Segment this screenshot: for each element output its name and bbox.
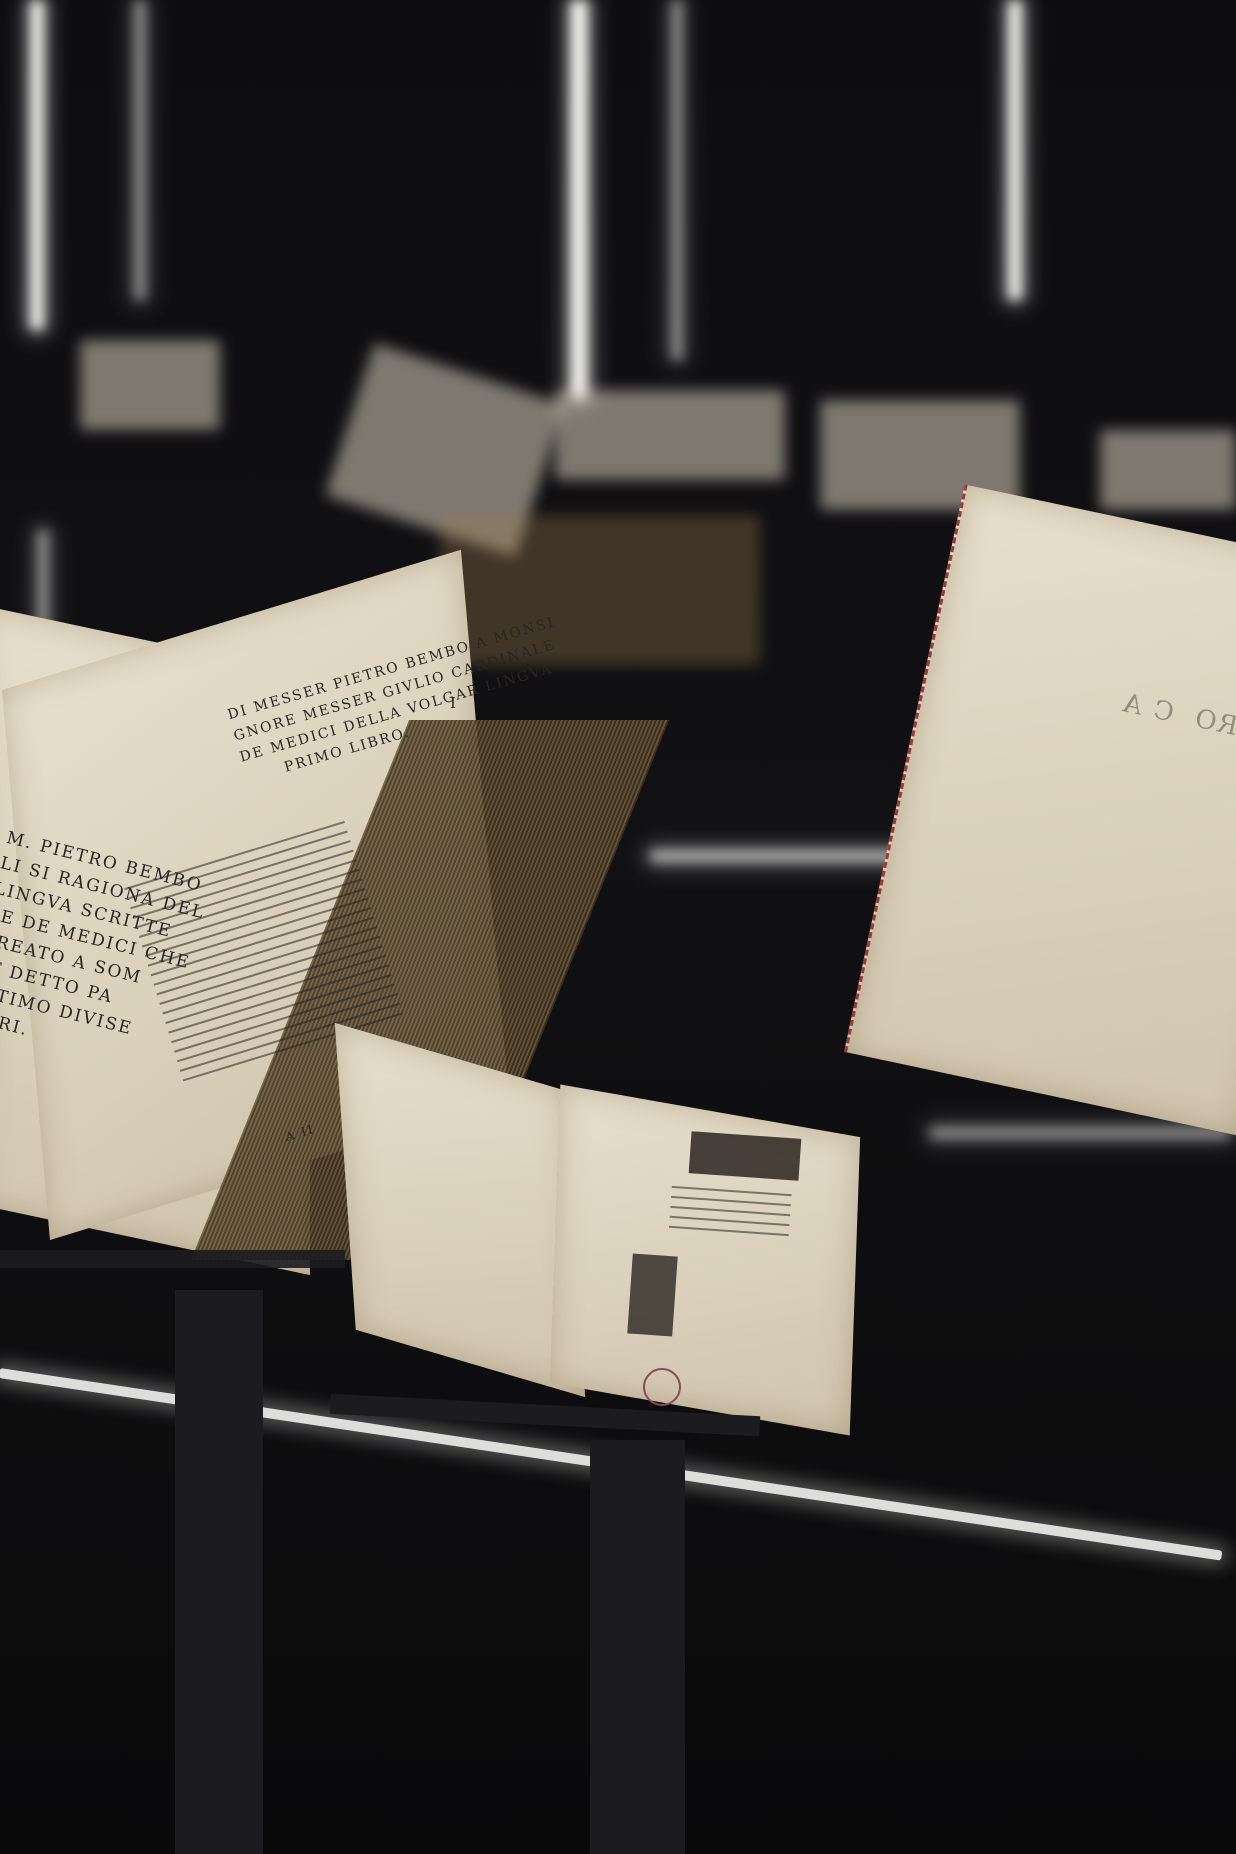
woodcut-title-frame — [689, 1131, 802, 1181]
small-book-left-page — [335, 1023, 585, 1397]
book-stand-pole — [590, 1440, 685, 1854]
title-page-lines — [668, 1186, 791, 1244]
light-strip — [570, 0, 588, 400]
light-strip — [38, 530, 48, 630]
light-strip — [135, 0, 145, 300]
light-strip — [930, 1128, 1230, 1138]
library-stamp — [643, 1368, 681, 1406]
light-strip — [30, 0, 44, 330]
light-strip — [672, 0, 682, 360]
background-book — [80, 340, 220, 430]
book-stand-tray — [0, 1250, 345, 1268]
woodcut-ornament — [627, 1254, 677, 1337]
light-strip — [1008, 0, 1022, 300]
museum-book-display: I DI MESSER PIETRO BEMBO A MONSI GNORE M… — [0, 0, 1236, 1854]
background-book — [1100, 430, 1236, 510]
right-book-cover — [844, 484, 1236, 1135]
book-stand-pole — [175, 1290, 263, 1854]
background-book — [555, 390, 785, 480]
